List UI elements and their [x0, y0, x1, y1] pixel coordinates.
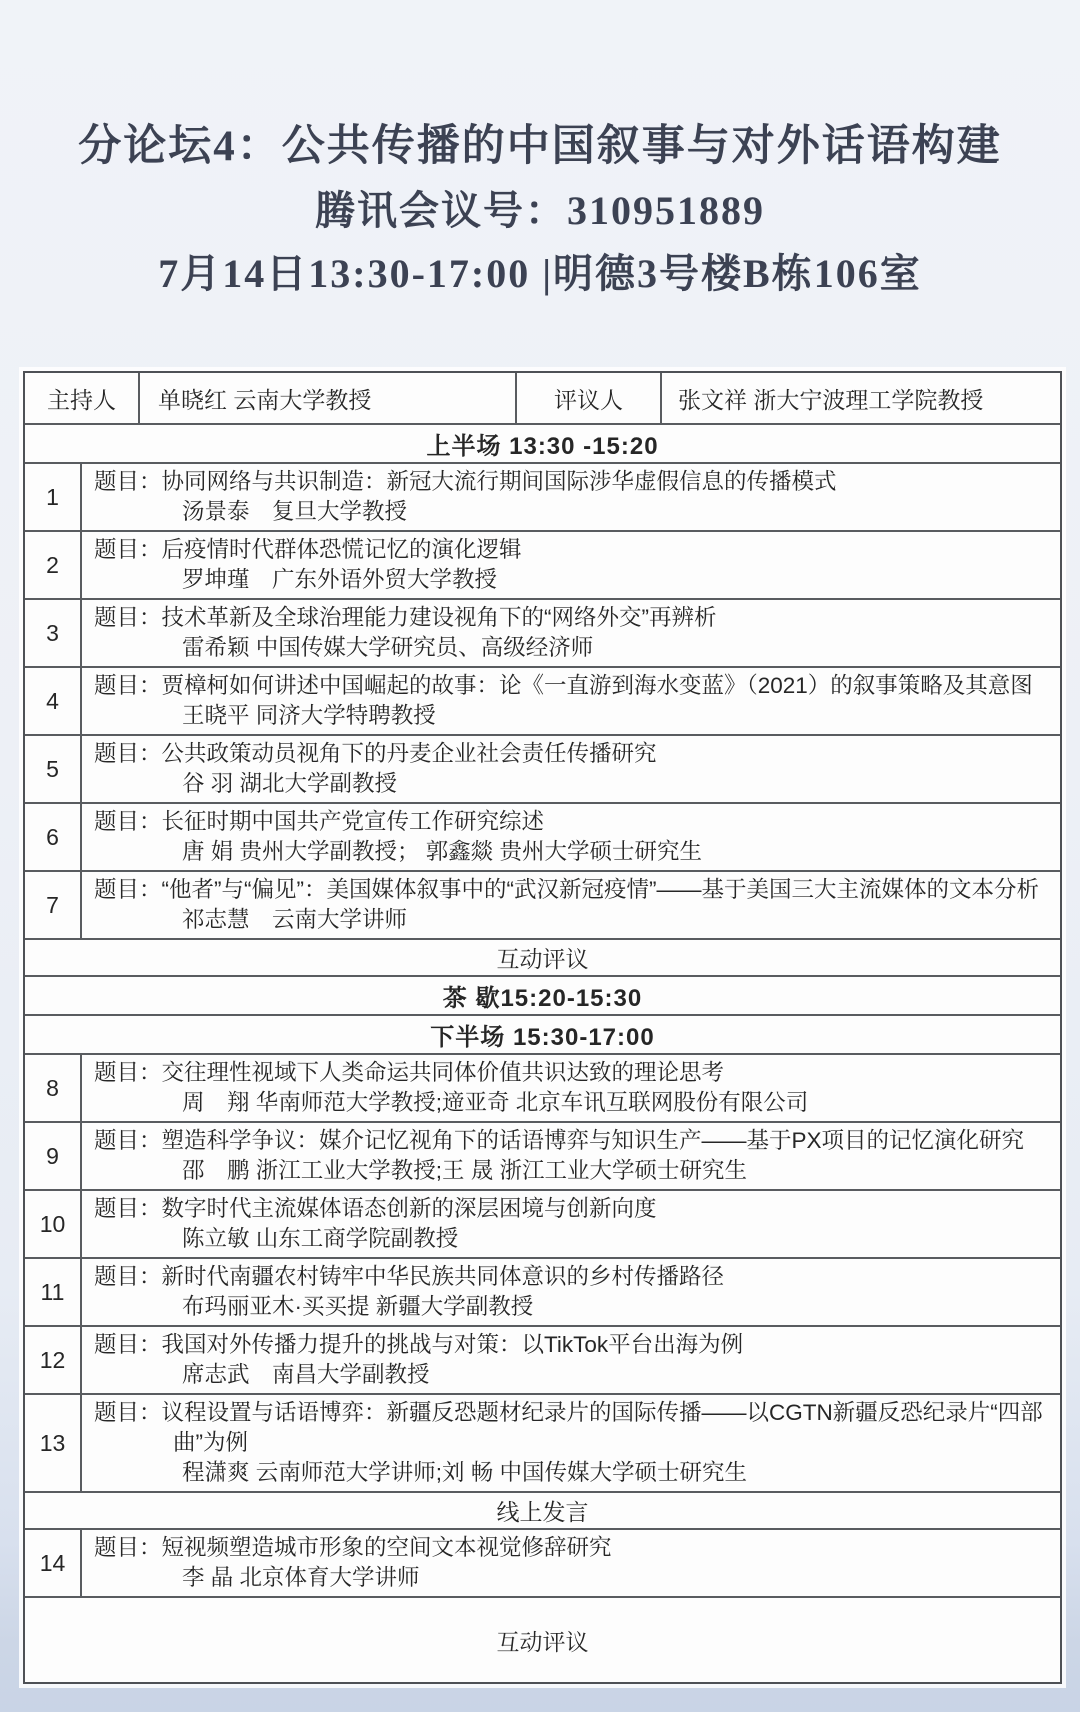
talk-title: 题目：短视频塑造城市形象的空间文本视觉修辞研究 [94, 1533, 1046, 1563]
talk-number: 5 [25, 736, 82, 802]
section-row: 上半场 13:30 -15:20 [25, 423, 1060, 462]
talk-number: 7 [25, 872, 82, 938]
talk-speaker: 程潇爽 云南师范大学讲师;刘 畅 中国传媒大学硕士研究生 [94, 1458, 1046, 1488]
section-text: 下半场 15:30-17:00 [430, 1017, 654, 1052]
talk-row: 5题目：公共政策动员视角下的丹麦企业社会责任传播研究谷 羽 湖北大学副教授 [25, 734, 1060, 802]
talk-number: 8 [25, 1055, 82, 1121]
talk-speaker: 邵 鹏 浙江工业大学教授;王 晟 浙江工业大学硕士研究生 [94, 1156, 1046, 1186]
talk-content: 题目：公共政策动员视角下的丹麦企业社会责任传播研究谷 羽 湖北大学副教授 [82, 736, 1060, 802]
talk-number: 14 [25, 1530, 82, 1596]
talk-row: 4题目：贾樟柯如何讲述中国崛起的故事：论《一直游到海水变蓝》（2021）的叙事策… [25, 666, 1060, 734]
talk-content: 题目：议程设置与话语博弈：新疆反恐题材纪录片的国际传播——以CGTN新疆反恐纪录… [82, 1395, 1060, 1491]
talk-row: 2题目：后疫情时代群体恐慌记忆的演化逻辑罗坤瑾 广东外语外贸大学教授 [25, 530, 1060, 598]
talk-title: 题目：后疫情时代群体恐慌记忆的演化逻辑 [94, 535, 1046, 565]
talk-speaker: 汤景泰 复旦大学教授 [94, 497, 1046, 527]
talk-title: 题目：公共政策动员视角下的丹麦企业社会责任传播研究 [94, 739, 1046, 769]
talk-row: 13题目：议程设置与话语博弈：新疆反恐题材纪录片的国际传播——以CGTN新疆反恐… [25, 1393, 1060, 1491]
talk-content: 题目：新时代南疆农村铸牢中华民族共同体意识的乡村传播路径布玛丽亚木·买买提 新疆… [82, 1259, 1060, 1325]
talk-row: 1题目：协同网络与共识制造：新冠大流行期间国际涉华虚假信息的传播模式汤景泰 复旦… [25, 462, 1060, 530]
section-text: 互动评议 [497, 941, 589, 974]
talk-number: 2 [25, 532, 82, 598]
talk-number: 13 [25, 1395, 82, 1491]
talk-number: 10 [25, 1191, 82, 1257]
talk-number: 4 [25, 668, 82, 734]
section-text: 互动评议 [497, 1624, 589, 1657]
talk-row: 8题目：交往理性视域下人类命运共同体价值共识达致的理论思考周 翔 华南师范大学教… [25, 1053, 1060, 1121]
reviewer-value: 张文祥 浙大宁波理工学院教授 [662, 373, 1060, 423]
forum-title: 分论坛4：公共传播的中国叙事与对外话语构建 [0, 124, 1080, 169]
section-row: 下半场 15:30-17:00 [25, 1014, 1060, 1053]
talk-speaker: 祁志慧 云南大学讲师 [94, 905, 1046, 935]
talk-content: 题目：技术革新及全球治理能力建设视角下的“网络外交”再辨析雷希颖 中国传媒大学研… [82, 600, 1060, 666]
talk-content: 题目：长征时期中国共产党宣传工作研究综述唐 娟 贵州大学副教授； 郭鑫燚 贵州大… [82, 804, 1060, 870]
talk-title: 题目：长征时期中国共产党宣传工作研究综述 [94, 807, 1046, 837]
talk-content: 题目：交往理性视域下人类命运共同体价值共识达致的理论思考周 翔 华南师范大学教授… [82, 1055, 1060, 1121]
talk-title: 题目：贾樟柯如何讲述中国崛起的故事：论《一直游到海水变蓝》（2021）的叙事策略… [94, 671, 1046, 701]
talk-title: 题目：“他者”与“偏见”：美国媒体叙事中的“武汉新冠疫情”——基于美国三大主流媒… [94, 875, 1046, 905]
talk-row: 6题目：长征时期中国共产党宣传工作研究综述唐 娟 贵州大学副教授； 郭鑫燚 贵州… [25, 802, 1060, 870]
talk-content: 题目：协同网络与共识制造：新冠大流行期间国际涉华虚假信息的传播模式汤景泰 复旦大… [82, 464, 1060, 530]
talk-title: 题目：我国对外传播力提升的挑战与对策：以TikTok平台出海为例 [94, 1330, 1046, 1360]
talk-number: 11 [25, 1259, 82, 1325]
schedule-table: 主持人 单晓红 云南大学教授 评议人 张文祥 浙大宁波理工学院教授 上半场 13… [23, 371, 1062, 1684]
talk-number: 12 [25, 1327, 82, 1393]
talk-speaker: 罗坤瑾 广东外语外贸大学教授 [94, 565, 1046, 595]
talk-title: 题目：数字时代主流媒体语态创新的深层困境与创新向度 [94, 1194, 1046, 1224]
section-text: 上半场 13:30 -15:20 [426, 426, 658, 461]
section-text: 茶 歇15:20-15:30 [443, 978, 642, 1013]
datetime-location-line: 7月14日13:30-17:00 |明德3号楼B栋106室 [0, 253, 1080, 295]
talk-title: 题目：协同网络与共识制造：新冠大流行期间国际涉华虚假信息的传播模式 [94, 467, 1046, 497]
host-value: 单晓红 云南大学教授 [140, 373, 517, 423]
document-header: 分论坛4：公共传播的中国叙事与对外话语构建 腾讯会议号：310951889 7月… [0, 0, 1080, 295]
talk-row: 11题目：新时代南疆农村铸牢中华民族共同体意识的乡村传播路径布玛丽亚木·买买提 … [25, 1257, 1060, 1325]
talk-content: 题目：贾樟柯如何讲述中国崛起的故事：论《一直游到海水变蓝》（2021）的叙事策略… [82, 668, 1060, 734]
section-row: 茶 歇15:20-15:30 [25, 975, 1060, 1014]
talk-speaker: 谷 羽 湖北大学副教授 [94, 769, 1046, 799]
section-row: 互动评议 [25, 1596, 1060, 1682]
talk-content: 题目：我国对外传播力提升的挑战与对策：以TikTok平台出海为例席志武 南昌大学… [82, 1327, 1060, 1393]
host-label: 主持人 [25, 373, 140, 423]
talk-row: 3题目：技术革新及全球治理能力建设视角下的“网络外交”再辨析雷希颖 中国传媒大学… [25, 598, 1060, 666]
talk-row: 10题目：数字时代主流媒体语态创新的深层困境与创新向度陈立敏 山东工商学院副教授 [25, 1189, 1060, 1257]
talk-content: 题目：短视频塑造城市形象的空间文本视觉修辞研究李 晶 北京体育大学讲师 [82, 1530, 1060, 1596]
talk-row: 14题目：短视频塑造城市形象的空间文本视觉修辞研究李 晶 北京体育大学讲师 [25, 1528, 1060, 1596]
talk-speaker: 唐 娟 贵州大学副教授； 郭鑫燚 贵州大学硕士研究生 [94, 837, 1046, 867]
talk-speaker: 李 晶 北京体育大学讲师 [94, 1563, 1046, 1593]
talk-speaker: 席志武 南昌大学副教授 [94, 1360, 1046, 1390]
section-row: 互动评议 [25, 938, 1060, 975]
talk-row: 7题目：“他者”与“偏见”：美国媒体叙事中的“武汉新冠疫情”——基于美国三大主流… [25, 870, 1060, 938]
talk-row: 12题目：我国对外传播力提升的挑战与对策：以TikTok平台出海为例席志武 南昌… [25, 1325, 1060, 1393]
table-header-row: 主持人 单晓红 云南大学教授 评议人 张文祥 浙大宁波理工学院教授 [25, 373, 1060, 423]
talk-content: 题目：后疫情时代群体恐慌记忆的演化逻辑罗坤瑾 广东外语外贸大学教授 [82, 532, 1060, 598]
page-background: 分论坛4：公共传播的中国叙事与对外话语构建 腾讯会议号：310951889 7月… [0, 0, 1080, 1712]
talk-title: 题目：塑造科学争议：媒介记忆视角下的话语博弈与知识生产——基于PX项目的记忆演化… [94, 1126, 1046, 1156]
section-row: 线上发言 [25, 1491, 1060, 1528]
talk-number: 6 [25, 804, 82, 870]
talk-number: 3 [25, 600, 82, 666]
meeting-id-line: 腾讯会议号：310951889 [0, 190, 1080, 232]
talk-speaker: 王晓平 同济大学特聘教授 [94, 701, 1046, 731]
talk-content: 题目：塑造科学争议：媒介记忆视角下的话语博弈与知识生产——基于PX项目的记忆演化… [82, 1123, 1060, 1189]
talk-speaker: 布玛丽亚木·买买提 新疆大学副教授 [94, 1292, 1046, 1322]
talk-content: 题目：“他者”与“偏见”：美国媒体叙事中的“武汉新冠疫情”——基于美国三大主流媒… [82, 872, 1060, 938]
talk-speaker: 陈立敏 山东工商学院副教授 [94, 1224, 1046, 1254]
talk-speaker: 周 翔 华南师范大学教授;遆亚奇 北京车讯互联网股份有限公司 [94, 1088, 1046, 1118]
talk-title: 题目：议程设置与话语博弈：新疆反恐题材纪录片的国际传播——以CGTN新疆反恐纪录… [94, 1398, 1046, 1458]
talk-title: 题目：交往理性视域下人类命运共同体价值共识达致的理论思考 [94, 1058, 1046, 1088]
talk-title: 题目：技术革新及全球治理能力建设视角下的“网络外交”再辨析 [94, 603, 1046, 633]
talk-content: 题目：数字时代主流媒体语态创新的深层困境与创新向度陈立敏 山东工商学院副教授 [82, 1191, 1060, 1257]
talk-title: 题目：新时代南疆农村铸牢中华民族共同体意识的乡村传播路径 [94, 1262, 1046, 1292]
talk-speaker: 雷希颖 中国传媒大学研究员、高级经济师 [94, 633, 1046, 663]
section-text: 线上发言 [497, 1494, 589, 1527]
talk-row: 9题目：塑造科学争议：媒介记忆视角下的话语博弈与知识生产——基于PX项目的记忆演… [25, 1121, 1060, 1189]
reviewer-label: 评议人 [517, 373, 662, 423]
talk-number: 9 [25, 1123, 82, 1189]
table-rows: 上半场 13:30 -15:201题目：协同网络与共识制造：新冠大流行期间国际涉… [25, 423, 1060, 1682]
talk-number: 1 [25, 464, 82, 530]
